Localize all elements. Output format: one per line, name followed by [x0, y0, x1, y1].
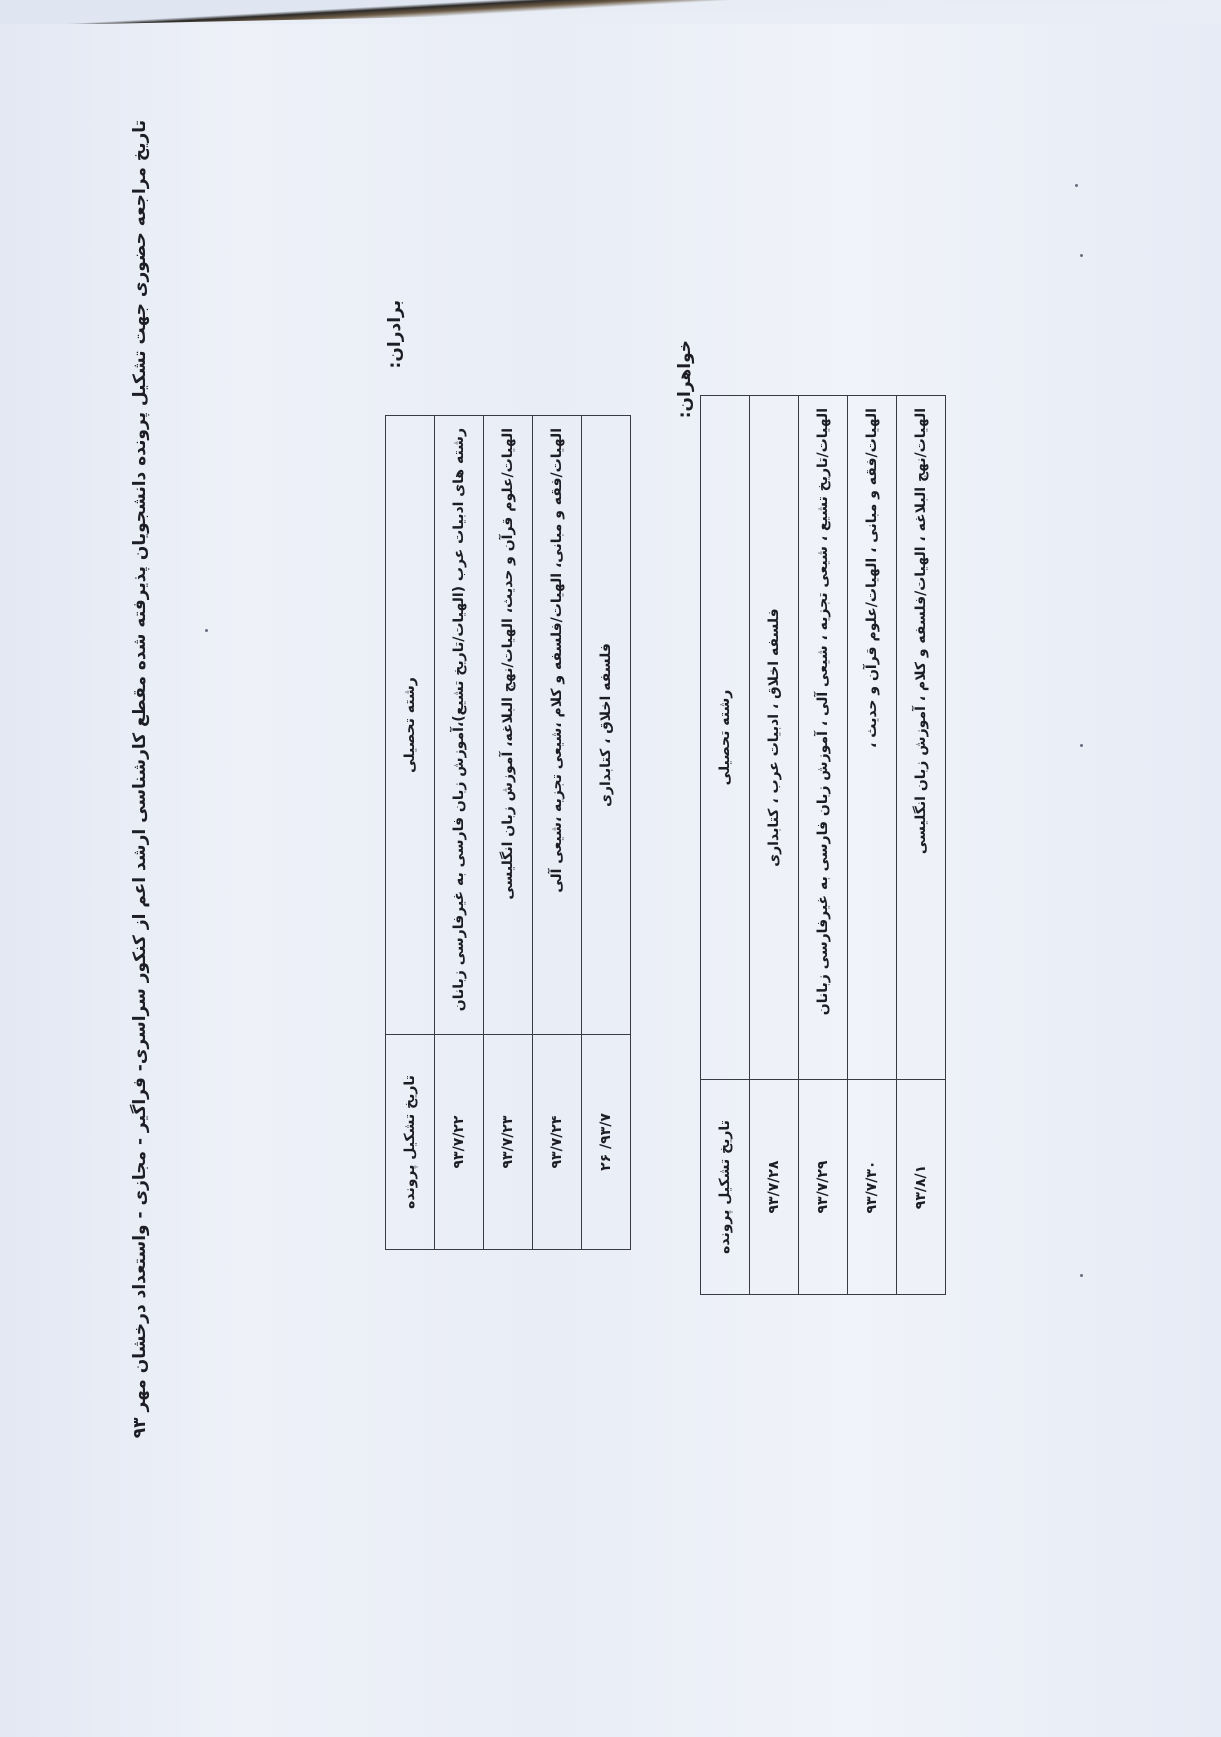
sisters-label: خواهران:: [675, 340, 695, 418]
row-major: الهیات/علوم قرآن و حدیث، الهیات/نهج البل…: [484, 416, 533, 1035]
row-major: فلسفه اخلاق ، کتابداری: [582, 416, 631, 1035]
row-major: الهیات/نهج البلاغه ، الهیات/فلسفه و کلام…: [897, 396, 946, 1080]
table-row: الهیات/تاریخ تشیع ، شیعی تجزیه ، شیعی آل…: [799, 396, 848, 1295]
table-header-row: رشته تحصیلی تاریخ تشکیل پرونده: [701, 396, 750, 1295]
row-date: ۹۳/۷/۲۸: [750, 1080, 799, 1295]
row-date: ۹۳/۷/۲۲: [435, 1035, 484, 1250]
table-header-row: رشته تحصیلی تاریخ تشکیل پرونده: [386, 416, 435, 1250]
header-major: رشته تحصیلی: [386, 416, 435, 1035]
table-row: الهیات/فقه و مبانی ، الهیات/علوم قرآن و …: [848, 396, 897, 1295]
row-major: فلسفه اخلاق ، ادبیات عرب ، کتابداری: [750, 396, 799, 1080]
row-date: ۹۳/۷/۲۹: [799, 1080, 848, 1295]
row-date: ۹۳/۸/۱: [897, 1080, 946, 1295]
brothers-schedule-table: رشته تحصیلی تاریخ تشکیل پرونده رشته های …: [385, 415, 631, 1250]
table-row: فلسفه اخلاق ، ادبیات عرب ، کتابداری ۹۳/۷…: [750, 396, 799, 1295]
brothers-label: برادران:: [385, 300, 405, 368]
table-row: رشته های ادبیات عرب (الهیات/تاریخ تشیع)،…: [435, 416, 484, 1250]
row-major: الهیات/فقه و مبانی ، الهیات/علوم قرآن و …: [848, 396, 897, 1080]
row-date: ۹۳/۷/۲۳: [484, 1035, 533, 1250]
sisters-schedule-table: رشته تحصیلی تاریخ تشکیل پرونده فلسفه اخل…: [700, 395, 946, 1295]
table-row: الهیات/علوم قرآن و حدیث، الهیات/نهج البل…: [484, 416, 533, 1250]
row-major: رشته های ادبیات عرب (الهیات/تاریخ تشیع)،…: [435, 416, 484, 1035]
header-date: تاریخ تشکیل پرونده: [386, 1035, 435, 1250]
header-major: رشته تحصیلی: [701, 396, 750, 1080]
table-row: الهیات/فقه و مبانی، الهیات/فلسفه و کلام …: [533, 416, 582, 1250]
table-row: فلسفه اخلاق ، کتابداری ۹۳/۷/ ۲۶: [582, 416, 631, 1250]
document-title: تاریخ مراجعه حضوری جهت تشکیل پرونده دانش…: [130, 120, 150, 1607]
table-row: الهیات/نهج البلاغه ، الهیات/فلسفه و کلام…: [897, 396, 946, 1295]
row-date: ۹۳/۷/۳۰: [848, 1080, 897, 1295]
row-date: ۹۳/۷/ ۲۶: [582, 1035, 631, 1250]
rotated-document: تاریخ مراجعه حضوری جهت تشکیل پرونده دانش…: [0, 0, 1221, 1737]
row-date: ۹۳/۷/۲۴: [533, 1035, 582, 1250]
header-date: تاریخ تشکیل پرونده: [701, 1080, 750, 1295]
row-major: الهیات/تاریخ تشیع ، شیعی تجزیه ، شیعی آل…: [799, 396, 848, 1080]
row-major: الهیات/فقه و مبانی، الهیات/فلسفه و کلام …: [533, 416, 582, 1035]
